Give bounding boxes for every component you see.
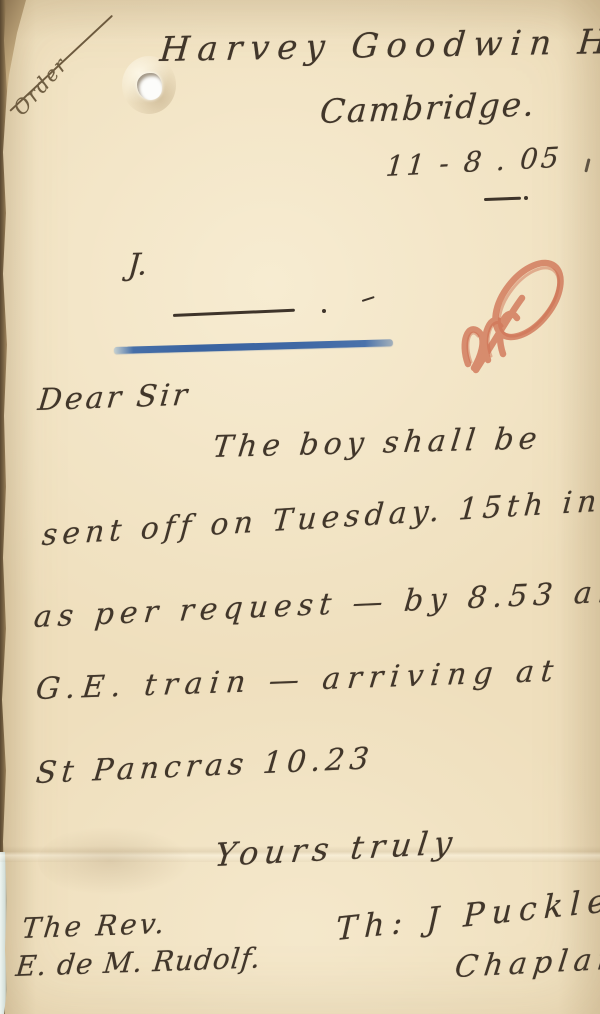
reference-dot [322, 309, 326, 313]
punch-hole [137, 73, 162, 100]
letterhead-address-line2: Cambridge. [319, 84, 538, 131]
bottom-left-paper-edge [0, 852, 7, 1014]
letter-scan-page: Order Harvey Goodwin Home Cambridge. 11 … [0, 0, 600, 1014]
blue-crayon-underline [114, 339, 393, 354]
body-line: sent off on Tuesday. 15th ins [41, 482, 600, 553]
body-line: The boy shall be [211, 421, 544, 465]
letterhead-address-line1: Harvey Goodwin Home [158, 20, 600, 70]
corner-note-annotation: Order [8, 52, 73, 120]
body-line: G.E. train — arriving at [34, 654, 562, 707]
answered-scribble-annotation [454, 248, 566, 374]
fold-shadow [38, 824, 198, 898]
signature-title: Chaplain [453, 940, 600, 985]
reference-dash-line [173, 309, 295, 317]
letter-date: 11 - 8 . 05 [385, 141, 564, 183]
date-underline-dot [524, 196, 528, 200]
date-underline [484, 197, 521, 201]
salutation: Dear Sir [36, 378, 192, 418]
signature-name: Th: J Puckle [335, 881, 600, 948]
body-line: as per request — by 8.53 am [32, 574, 600, 635]
addressee-line1: The Rev. [20, 907, 169, 945]
reference-initial: J. [127, 247, 149, 283]
body-line: St Pancras 10.23 [34, 741, 375, 791]
date-tick-mark [584, 158, 590, 172]
reference-tick [362, 296, 375, 302]
addressee-line2: E. de M. Rudolf. [14, 941, 263, 983]
closing-valediction: Yours truly [213, 823, 461, 874]
